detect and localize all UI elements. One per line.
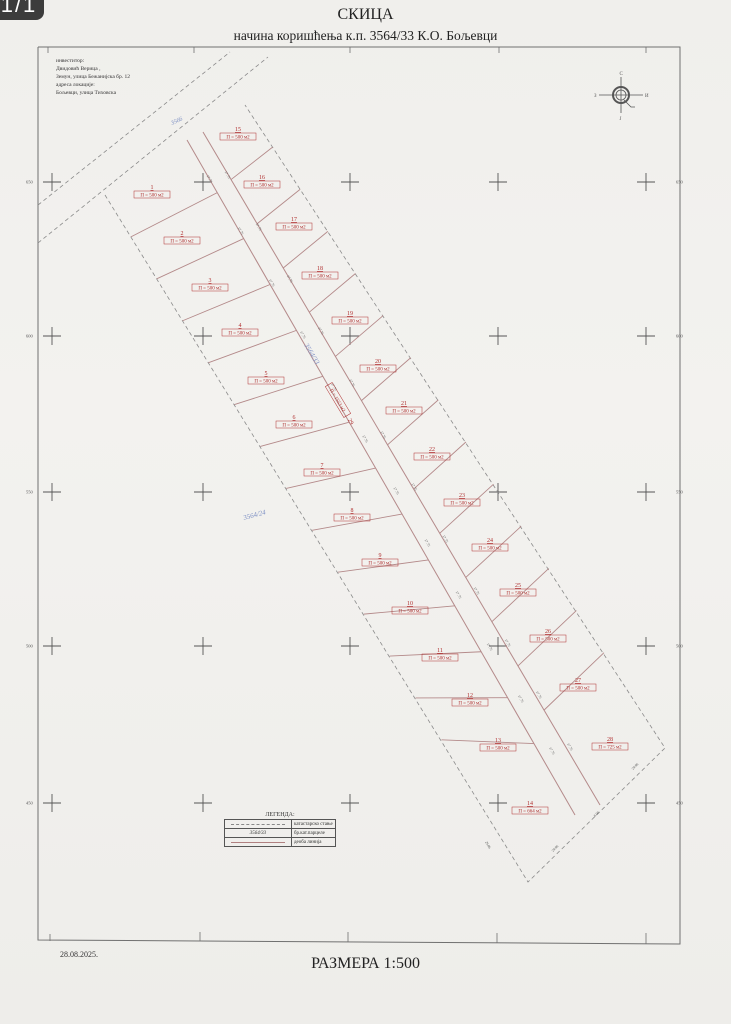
legend-label: бр.кат.парцеле	[292, 829, 336, 838]
svg-text:17.75: 17.75	[424, 539, 432, 548]
svg-text:П = 500 м2: П = 500 м2	[506, 592, 530, 597]
svg-text:21: 21	[401, 401, 407, 407]
parcel-label: 6П = 500 м2	[276, 415, 312, 429]
svg-text:26: 26	[545, 629, 551, 635]
parcel-label: 16П = 500 м2	[244, 175, 280, 189]
svg-text:П = 500 м2: П = 500 м2	[310, 472, 334, 477]
svg-text:П = 500 м2: П = 500 м2	[282, 424, 306, 429]
legend-label: катастарско стање	[292, 820, 336, 829]
svg-text:П = 725 м2: П = 725 м2	[598, 746, 622, 751]
parcel-label: 18П = 500 м2	[302, 266, 338, 280]
road-parcel-number: 3564/33	[302, 341, 321, 366]
svg-text:П = 500 м2: П = 500 м2	[340, 517, 364, 522]
svg-text:П = 500 м2: П = 500 м2	[420, 456, 444, 461]
svg-text:П = 500 м2: П = 500 м2	[392, 410, 416, 415]
svg-text:П = 500 м2: П = 500 м2	[140, 194, 164, 199]
svg-text:П = 500 м2: П = 500 м2	[428, 657, 452, 662]
parcel-labels: 1П = 500 м22П = 500 м23П = 500 м24П = 50…	[134, 116, 639, 852]
parcel-label: 26П = 500 м2	[530, 629, 566, 643]
svg-text:17.75: 17.75	[517, 695, 525, 704]
svg-text:4: 4	[239, 323, 242, 329]
svg-text:25: 25	[515, 583, 521, 589]
legend-table: катастарско стање 3564/33 бр.кат.парцеле…	[224, 819, 336, 847]
svg-text:27: 27	[575, 678, 581, 684]
svg-text:Ј: Ј	[620, 117, 622, 122]
svg-text:29: 29	[346, 418, 354, 426]
svg-text:З: З	[594, 94, 597, 99]
cadastral-map: 650650600600550550500500450450 1П = 500 …	[0, 0, 731, 1024]
parcel-label: 1П = 500 м2	[134, 185, 170, 199]
svg-text:23: 23	[459, 493, 465, 499]
parcel-label: 3П = 500 м2	[192, 278, 228, 292]
legend-swatch-dashed	[225, 820, 292, 829]
svg-text:450: 450	[26, 801, 34, 806]
svg-text:10: 10	[407, 601, 413, 607]
road-parcel-label: П = 1553 м229	[325, 383, 356, 427]
svg-text:450: 450	[676, 801, 684, 806]
legend-row: катастарско стање	[225, 820, 336, 829]
svg-text:600: 600	[26, 334, 34, 339]
svg-text:550: 550	[26, 490, 34, 495]
parcel-label: 4П = 500 м2	[222, 323, 258, 337]
svg-text:29.86: 29.86	[551, 844, 560, 853]
svg-text:П = 500 м2: П = 500 м2	[250, 184, 274, 189]
scale-label: РАЗМЕРА 1:500	[0, 955, 731, 973]
svg-text:11: 11	[437, 648, 443, 654]
parcel-label: 14П = 664 м2	[512, 801, 548, 815]
north-arrow-icon: С З И Ј	[594, 72, 649, 122]
grid-crosses	[43, 173, 655, 812]
svg-text:18: 18	[317, 266, 323, 272]
svg-text:17.75: 17.75	[237, 227, 245, 236]
svg-text:650: 650	[676, 180, 684, 185]
svg-text:П = 500 м2: П = 500 м2	[254, 380, 278, 385]
parcel-label: 13П = 500 м2	[480, 738, 516, 752]
svg-text:5: 5	[265, 371, 268, 377]
parcel-label: 5П = 500 м2	[248, 371, 284, 385]
svg-text:17.75: 17.75	[379, 431, 387, 440]
parcel-label: 20П = 500 м2	[360, 359, 396, 373]
svg-text:17.75: 17.75	[410, 483, 418, 492]
svg-text:29.86: 29.86	[631, 762, 640, 771]
svg-text:17.75: 17.75	[486, 643, 494, 652]
svg-text:17.75: 17.75	[348, 379, 356, 388]
svg-text:22: 22	[429, 447, 435, 453]
svg-text:9: 9	[379, 553, 382, 559]
svg-text:П = 500 м2: П = 500 м2	[282, 226, 306, 231]
svg-text:6: 6	[293, 415, 296, 421]
svg-text:17.75: 17.75	[548, 747, 556, 756]
svg-text:3: 3	[209, 278, 212, 284]
svg-text:17.75: 17.75	[455, 591, 463, 600]
svg-text:И: И	[645, 94, 649, 99]
svg-text:17.75: 17.75	[299, 331, 307, 340]
svg-text:П = 664 м2: П = 664 м2	[518, 810, 542, 815]
svg-text:19: 19	[347, 311, 353, 317]
svg-text:П = 500 м2: П = 500 м2	[478, 547, 502, 552]
parcel-label: 12П = 500 м2	[452, 693, 488, 707]
parcel-label: 28П = 725 м2	[592, 737, 628, 751]
svg-text:П = 500 м2: П = 500 м2	[338, 320, 362, 325]
neighbor-parcel-number: 3566	[169, 116, 183, 127]
parcel-lines	[131, 132, 604, 815]
svg-text:6.00: 6.00	[593, 810, 600, 817]
svg-text:17.75: 17.75	[535, 691, 543, 700]
parcel-label: 22П = 500 м2	[414, 447, 450, 461]
svg-text:П = 500 м2: П = 500 м2	[366, 368, 390, 373]
svg-text:П = 500 м2: П = 500 м2	[486, 747, 510, 752]
map-legend: ЛЕГЕНДА: катастарско стање 3564/33 бр.ка…	[224, 812, 336, 847]
parcel-label: 8П = 500 м2	[334, 508, 370, 522]
parcel-label: 10П = 500 м2	[392, 601, 428, 615]
svg-text:600: 600	[676, 334, 684, 339]
svg-text:П = 500 м2: П = 500 м2	[458, 702, 482, 707]
svg-text:7: 7	[321, 463, 324, 469]
svg-text:28: 28	[607, 737, 613, 743]
svg-text:12: 12	[467, 693, 473, 699]
parcel-label: 21П = 500 м2	[386, 401, 422, 415]
svg-text:П = 500 м2: П = 500 м2	[450, 502, 474, 507]
svg-text:29.86: 29.86	[484, 841, 492, 850]
svg-text:2: 2	[181, 231, 184, 237]
svg-text:500: 500	[676, 644, 684, 649]
legend-label: деоба линија	[292, 838, 336, 847]
legend-row: деоба линија	[225, 838, 336, 847]
svg-text:П = 500 м2: П = 500 м2	[566, 687, 590, 692]
legend-title: ЛЕГЕНДА:	[224, 812, 336, 818]
parcel-label: 2П = 500 м2	[164, 231, 200, 245]
svg-text:17: 17	[291, 217, 297, 223]
svg-text:17.75: 17.75	[317, 327, 325, 336]
svg-text:24: 24	[487, 538, 493, 544]
svg-text:П = 500 м2: П = 500 м2	[170, 240, 194, 245]
parcel-label: 7П = 500 м2	[304, 463, 340, 477]
svg-text:П = 500 м2: П = 500 м2	[198, 287, 222, 292]
svg-text:П = 500 м2: П = 500 м2	[226, 136, 250, 141]
svg-text:16: 16	[259, 175, 265, 181]
parcel-label: 24П = 500 м2	[472, 538, 508, 552]
svg-text:8: 8	[351, 508, 354, 514]
parcel-label: 27П = 500 м2	[560, 678, 596, 692]
svg-text:3564/33: 3564/33	[302, 341, 321, 366]
svg-text:1: 1	[151, 185, 154, 191]
svg-text:14: 14	[527, 801, 533, 807]
parcel-label: 23П = 500 м2	[444, 493, 480, 507]
cadastral-boundaries	[38, 52, 665, 882]
svg-text:П = 500 м2: П = 500 м2	[536, 638, 560, 643]
svg-text:650: 650	[26, 180, 34, 185]
parcel-label: 19П = 500 м2	[332, 311, 368, 325]
svg-text:20: 20	[375, 359, 381, 365]
svg-text:13: 13	[495, 738, 501, 744]
svg-text:15: 15	[235, 127, 241, 133]
grid-coordinate-labels: 650650600600550550500500450450	[26, 180, 684, 806]
svg-text:17.75: 17.75	[361, 435, 369, 444]
svg-text:П = 500 м2: П = 500 м2	[308, 275, 332, 280]
parcel-label: 15П = 500 м2	[220, 127, 256, 141]
svg-text:500: 500	[26, 644, 34, 649]
parcel-label: 11П = 500 м2	[422, 648, 458, 662]
legend-swatch-parcel-number: 3564/33	[225, 829, 292, 838]
svg-text:17.75: 17.75	[286, 275, 294, 284]
svg-text:П = 500 м2: П = 500 м2	[368, 562, 392, 567]
svg-text:С: С	[620, 72, 624, 77]
neighbor-parcel-number: 3564/24	[241, 508, 267, 522]
svg-text:550: 550	[676, 490, 684, 495]
svg-text:17.75: 17.75	[392, 487, 400, 496]
legend-row: 3564/33 бр.кат.парцеле	[225, 829, 336, 838]
svg-text:П = 500 м2: П = 500 м2	[398, 610, 422, 615]
parcel-label: 17П = 500 м2	[276, 217, 312, 231]
svg-text:П = 500 м2: П = 500 м2	[228, 332, 252, 337]
legend-swatch-line	[225, 838, 292, 847]
